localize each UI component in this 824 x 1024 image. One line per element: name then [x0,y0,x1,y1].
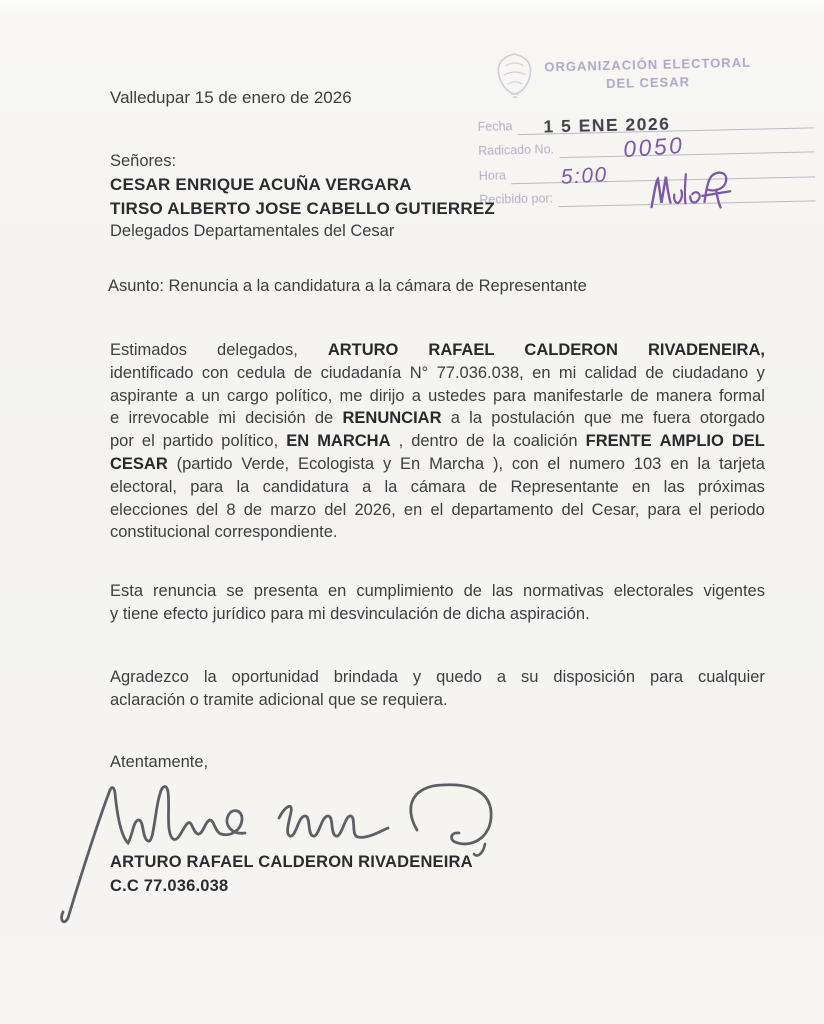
registry-stamp: ORGANIZACIÓN ELECTORAL DEL CESAR Fecha1 … [476,44,815,209]
body-line: aclaración o tramite adicional que se re… [110,689,765,712]
recipient-name: TIRSO ALBERTO JOSE CABELLO GUTIERREZ [110,197,495,220]
body-line: porelpartidopolítico,ENMARCHA,dentrodela… [110,430,765,453]
body-line: identificadoconceduladeciudadaníaN°77.03… [110,362,765,385]
stamp-org-name: ORGANIZACIÓN ELECTORAL DEL CESAR [544,54,751,95]
body-line: Estarenunciasepresentaencumplimientodela… [110,580,765,603]
stamp-header: ORGANIZACIÓN ELECTORAL DEL CESAR [476,44,813,105]
recipient-name: CESAR ENRIQUE ACUÑA VERGARA [110,173,495,196]
body-line: CESAR(partidoVerde,EcologistayEnMarcha),… [110,453,765,476]
stamp-fields: Fecha1 5 ENE 2026Radicado No.0050Hora5:0… [477,103,815,209]
body-line: constitucional correspondiente. [110,521,765,544]
recipient-role: Delegados Departamentales del Cesar [110,220,495,243]
subject-line: Asunto: Renuncia a la candidatura a la c… [108,277,587,296]
body-line: eleccionesdel8demarzodel2026,eneldeparta… [110,499,765,522]
signer-name: ARTURO RAFAEL CALDERON RIVADENEIRA [110,850,473,874]
body-line: Estimadosdelegados,ARTURORAFAELCALDERONR… [110,339,765,362]
electoral-crest-icon [492,51,537,105]
received-ink-signature [645,167,741,214]
recipient-block: Señores: CESAR ENRIQUE ACUÑA VERGARA TIR… [110,150,495,243]
signer-block: ARTURO RAFAEL CALDERON RIVADENEIRA C.C 7… [110,850,473,899]
body-paragraph: Agradezcolaoportunidadbrindadayquedoasud… [110,666,765,712]
body-line: Agradezcolaoportunidadbrindadayquedoasud… [110,666,765,689]
closing-line: Atentamente, [110,753,208,772]
body-line: eirrevocablemidecisióndeRENUNCIARalapost… [110,407,765,430]
letter-date: Valledupar 15 de enero de 2026 [110,88,352,108]
scanned-letter-page: Valledupar 15 de enero de 2026 ORGANIZAC… [0,0,824,1024]
body-line: aspiranteauncargopolítico,medirijoausted… [110,385,765,408]
signer-id: C.C 77.036.038 [110,874,473,898]
body-line: y tiene efecto jurídico para mi desvincu… [110,603,765,626]
body-paragraph: Estimadosdelegados,ARTURORAFAELCALDERONR… [110,339,765,544]
body-paragraph: Estarenunciasepresentaencumplimientodela… [110,580,765,626]
stamp-field-rule [558,176,816,207]
body-line: electoral,paralacandidaturaalacámaradeRe… [110,476,765,499]
salutation: Señores: [110,150,495,173]
stamp-field-label: Fecha [478,118,518,136]
